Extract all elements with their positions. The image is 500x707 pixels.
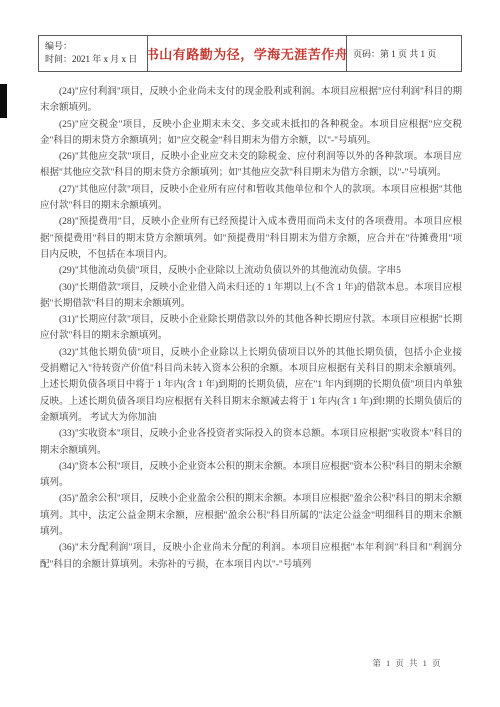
motto-text: 书山有路勤为径，学海无涯苦作舟 [148, 44, 346, 63]
paragraph: (33)"实收资本"项目，反映小企业各投资者实际投入的资本总额。本项目应根据"实… [40, 426, 462, 459]
header-motto-cell: 书山有路勤为径，学海无涯苦作舟 [148, 36, 346, 71]
document-page: 编号： 时间：2021 年 x 月 x 日 书山有路勤为径，学海无涯苦作舟 页码… [0, 0, 500, 707]
paragraph: (31)"长期应付款"项目，反映小企业除长期借款以外的其他各种长期应付款。本项目… [40, 312, 462, 345]
paragraph: (35)"盈余公积"项目，反映小企业盈余公积的期末余额。本项目应根据"盈余公积"… [40, 491, 462, 540]
paragraph: (36)"未分配利润"项目，反映小企业尚未分配的利润。本项目应根据"本年利润"科… [40, 540, 462, 573]
paragraph: (29)"其他流动负债"项目，反映小企业除以上流动负债以外的其他流动负债。字串5 [40, 263, 462, 279]
paragraph: (27)"其他应付款"项目，反映小企业所有应付和暂收其他单位和个人的款项。本项目… [40, 182, 462, 215]
document-body: (24)"应付利润"项目，反映小企业尚未支付的现金股利或利润。本项目应根据"应付… [40, 84, 462, 573]
paragraph: (30)"长期借款"项目，反映小企业借入尚未归还的 1 年期以上(不含 1 年)… [40, 280, 462, 313]
doc-number-label: 编号： [45, 40, 147, 53]
paragraph: (25)"应交税金"项目，反映小企业期末未交、多交或未抵扣的各种税金。本项目应根… [40, 117, 462, 150]
paragraph: (32)"其他长期负债"项目，反映小企业除以上长期负债项目以外的其他长期负债，包… [40, 345, 462, 426]
footer-page-number: 第 1 页 共 1 页 [372, 658, 442, 668]
scan-artifact-mark [0, 84, 7, 118]
paragraph: (28)"预提费用"目，反映小企业所有已经预提计入成本费用而尚未支付的各项费用。… [40, 214, 462, 263]
page-info-text: 页码：第 1 页 共 1 页 [353, 47, 436, 60]
header-page-cell: 页码：第 1 页 共 1 页 [346, 36, 461, 71]
paragraph: (26)"其他应交款"项目，反映小企业应交未交的除税金、应付利润等以外的各种款项… [40, 149, 462, 182]
header-table: 编号： 时间：2021 年 x 月 x 日 书山有路勤为径，学海无涯苦作舟 页码… [38, 35, 462, 72]
paragraph: (34)"资本公积"项目，反映小企业资本公积的期末余额。本项目应根据"资本公积"… [40, 459, 462, 492]
header-meta-cell: 编号： 时间：2021 年 x 月 x 日 [39, 36, 148, 71]
doc-date-label: 时间：2021 年 x 月 x 日 [45, 53, 147, 66]
paragraph: (24)"应付利润"项目，反映小企业尚未支付的现金股利或利润。本项目应根据"应付… [40, 84, 462, 117]
page-footer: 第 1 页 共 1 页 [372, 657, 442, 669]
